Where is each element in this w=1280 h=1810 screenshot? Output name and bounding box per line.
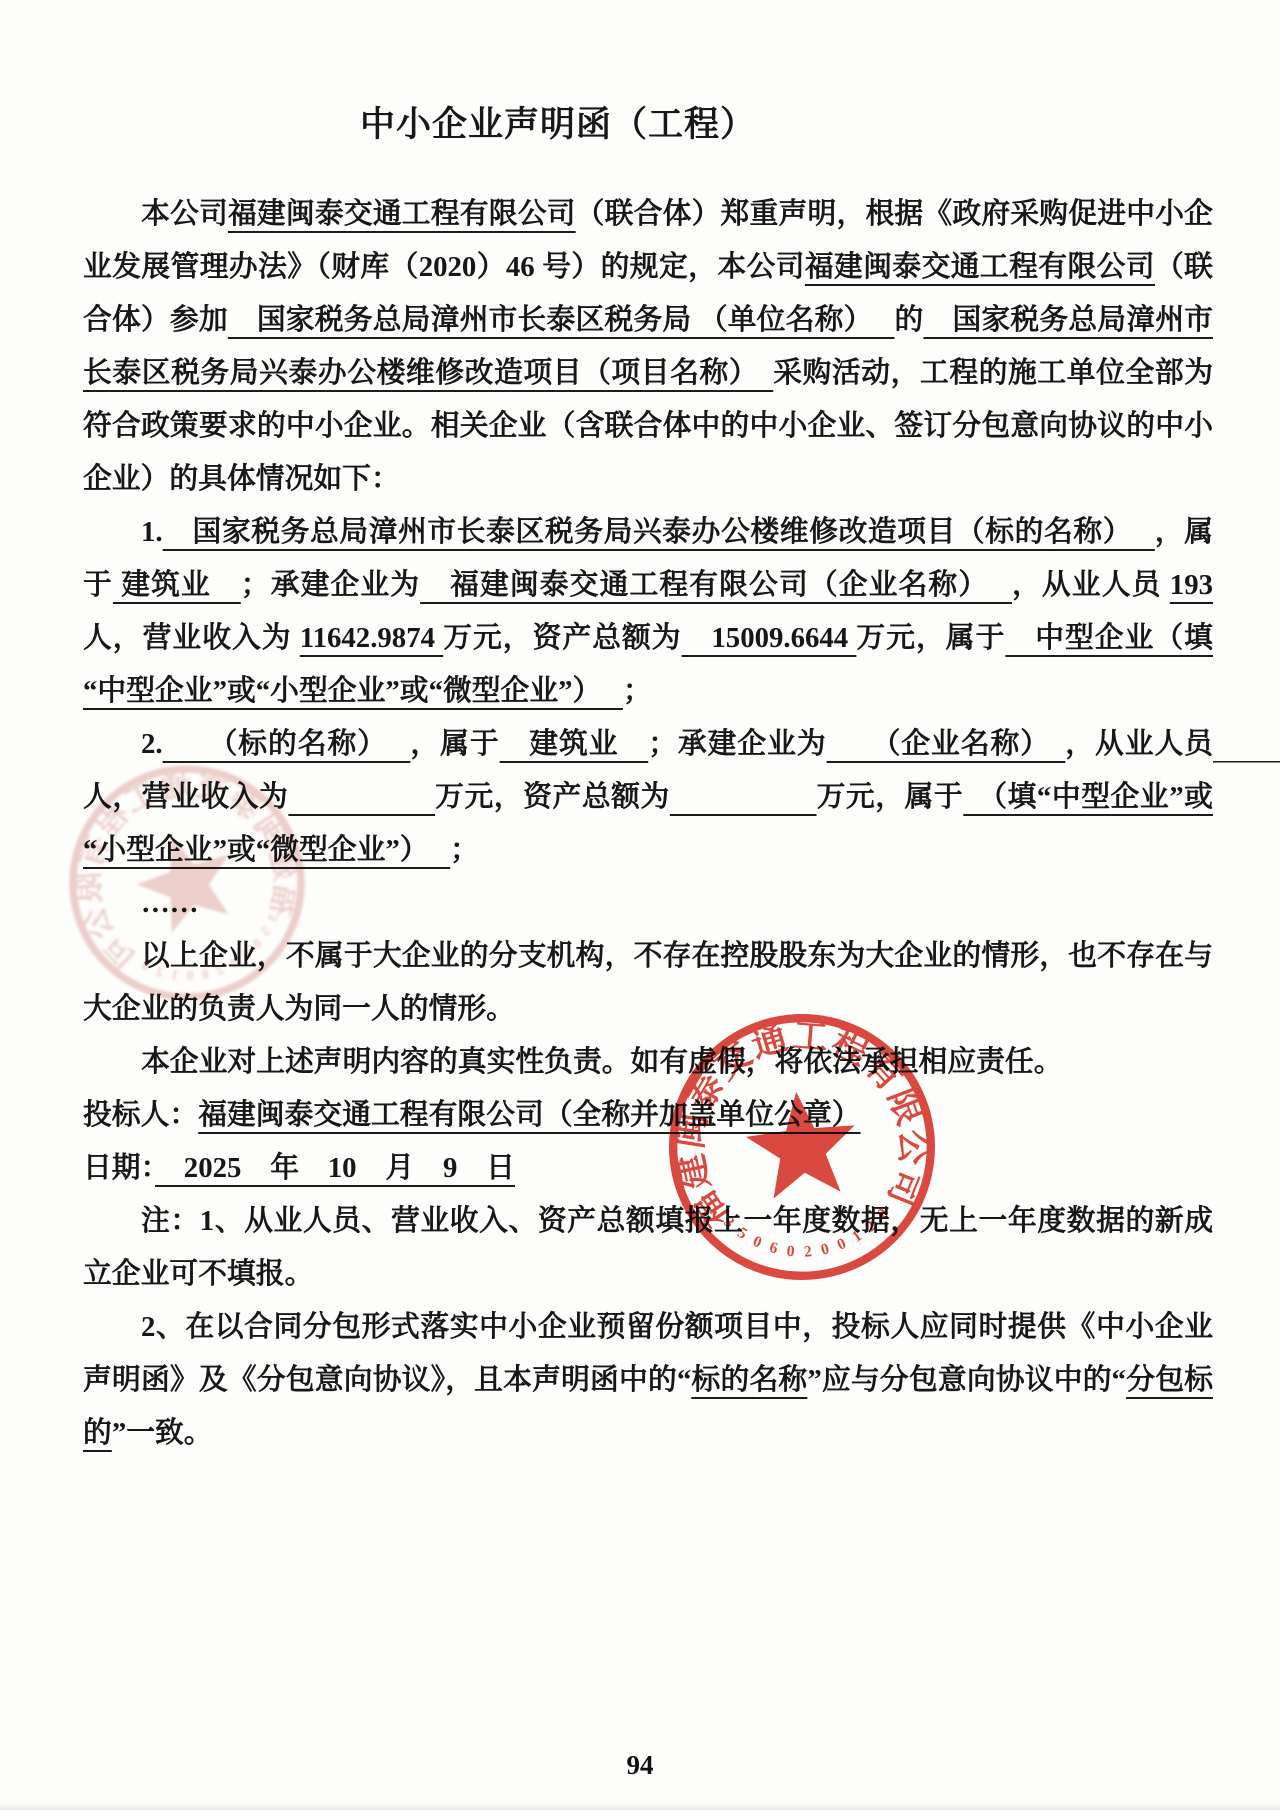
document-title: 中小企业声明函（工程） xyxy=(0,100,1123,150)
filled-in-text: 标的名称 xyxy=(691,1364,807,1396)
document-page: 中小企业声明函（工程） 本公司福建闽泰交通工程有限公司（联合体）郑重声明，根据《… xyxy=(0,0,1280,1810)
filled-in-text xyxy=(670,781,817,813)
printed-text: ，从业人员 xyxy=(1065,728,1213,760)
printed-text: ； xyxy=(623,675,652,707)
filled-in-text: （标的名称） xyxy=(163,728,411,760)
ellipsis-line: …… xyxy=(83,877,1213,930)
filled-in-text: 福建闽泰交通工程有限公司 xyxy=(228,198,576,230)
filled-in-text xyxy=(1213,728,1280,760)
printed-text: ； xyxy=(450,834,479,866)
printed-text: ”一致。 xyxy=(112,1417,213,1449)
printed-text: 人，营业收入为 xyxy=(83,622,300,654)
printed-text: 投标人： xyxy=(83,1099,198,1131)
printed-text: ；承建企业为 xyxy=(648,728,826,760)
item-1: 1. 国家税务总局漳州市长泰区税务局兴泰办公楼维修改造项目（标的名称） ，属于 … xyxy=(83,506,1213,718)
printed-text: 人，营业收入为 xyxy=(83,781,288,813)
filled-in-text: 11642.9874 xyxy=(300,622,443,654)
printed-text: 万元，资产总额为 xyxy=(435,781,670,813)
paragraph-declaration: 本公司福建闽泰交通工程有限公司（联合体）郑重声明，根据《政府采购促进中小企业发展… xyxy=(83,188,1213,506)
printed-text: ”应与分包意向协议中的“ xyxy=(807,1364,1126,1396)
filled-in-text: 建筑业 xyxy=(113,569,241,601)
filled-in-text: 193 xyxy=(1170,569,1213,601)
filled-in-text xyxy=(288,781,435,813)
printed-text: ，属于 xyxy=(410,728,499,760)
date-line: 日期： 2025 年 10 月 9 日 xyxy=(83,1142,1213,1195)
printed-text: 万元，属于 xyxy=(817,781,964,813)
page-number: 94 xyxy=(0,1750,1280,1781)
bidder-line: 投标人：福建闽泰交通工程有限公司（全称并加盖单位公章） xyxy=(83,1089,1213,1142)
printed-text: ，从业人员 xyxy=(1012,569,1170,601)
filled-in-text: 国家税务总局漳州市长泰区税务局 （单位名称） xyxy=(228,304,895,336)
filled-in-text: 国家税务总局漳州市长泰区税务局兴泰办公楼维修改造项目（标的名称） xyxy=(163,516,1155,548)
filled-in-text: 福建闽泰交通工程有限公司（企业名称） xyxy=(420,569,1012,601)
item-2: 2. （标的名称） ，属于 建筑业 ；承建企业为 （企业名称） ，从业人员 人，… xyxy=(83,718,1213,877)
paragraph-no-branch: 以上企业，不属于大企业的分支机构，不存在控股股东为大企业的情形，也不存在与大企业… xyxy=(83,930,1213,1036)
printed-text: 万元，属于 xyxy=(856,622,1005,654)
document-body: 中小企业声明函（工程） 本公司福建闽泰交通工程有限公司（联合体）郑重声明，根据《… xyxy=(83,100,1213,1460)
printed-text: 本企业对上述声明内容的真实性负责。如有虚假，将依法承担相应责任。 xyxy=(141,1046,1063,1078)
scan-edge-shadow xyxy=(0,1802,1280,1810)
filled-in-text: 福建闽泰交通工程有限公司 xyxy=(805,251,1155,283)
note-1: 注：1、从业人员、营业收入、资产总额填报上一年度数据，无上一年度数据的新成立企业… xyxy=(83,1195,1213,1301)
printed-text: 万元，资产总额为 xyxy=(443,622,681,654)
printed-text: ；承建企业为 xyxy=(241,569,420,601)
filled-in-text: 2025 年 10 月 9 日 xyxy=(155,1152,515,1184)
filled-in-text: 15009.6644 xyxy=(682,622,857,654)
printed-text: 的 xyxy=(894,304,923,336)
printed-text: …… xyxy=(141,887,199,919)
printed-text: 2. xyxy=(141,728,163,760)
printed-text: 1. xyxy=(141,516,163,548)
printed-text: 本公司 xyxy=(141,198,228,230)
filled-in-text: 福建闽泰交通工程有限公司（全称并加盖单位公章） xyxy=(198,1099,860,1131)
paragraph-responsibility: 本企业对上述声明内容的真实性负责。如有虚假，将依法承担相应责任。 xyxy=(83,1036,1213,1089)
note-2: 2、在以合同分包形式落实中小企业预留份额项目中，投标人应同时提供《中小企业声明函… xyxy=(83,1301,1213,1460)
filled-in-text: 建筑业 xyxy=(500,728,649,760)
printed-text: 注：1、从业人员、营业收入、资产总额填报上一年度数据，无上一年度数据的新成立企业… xyxy=(83,1205,1213,1290)
printed-text: 以上企业，不属于大企业的分支机构，不存在控股股东为大企业的情形，也不存在与大企业… xyxy=(83,940,1213,1025)
printed-text: 日期： xyxy=(83,1152,155,1184)
filled-in-text: （企业名称） xyxy=(827,728,1066,760)
